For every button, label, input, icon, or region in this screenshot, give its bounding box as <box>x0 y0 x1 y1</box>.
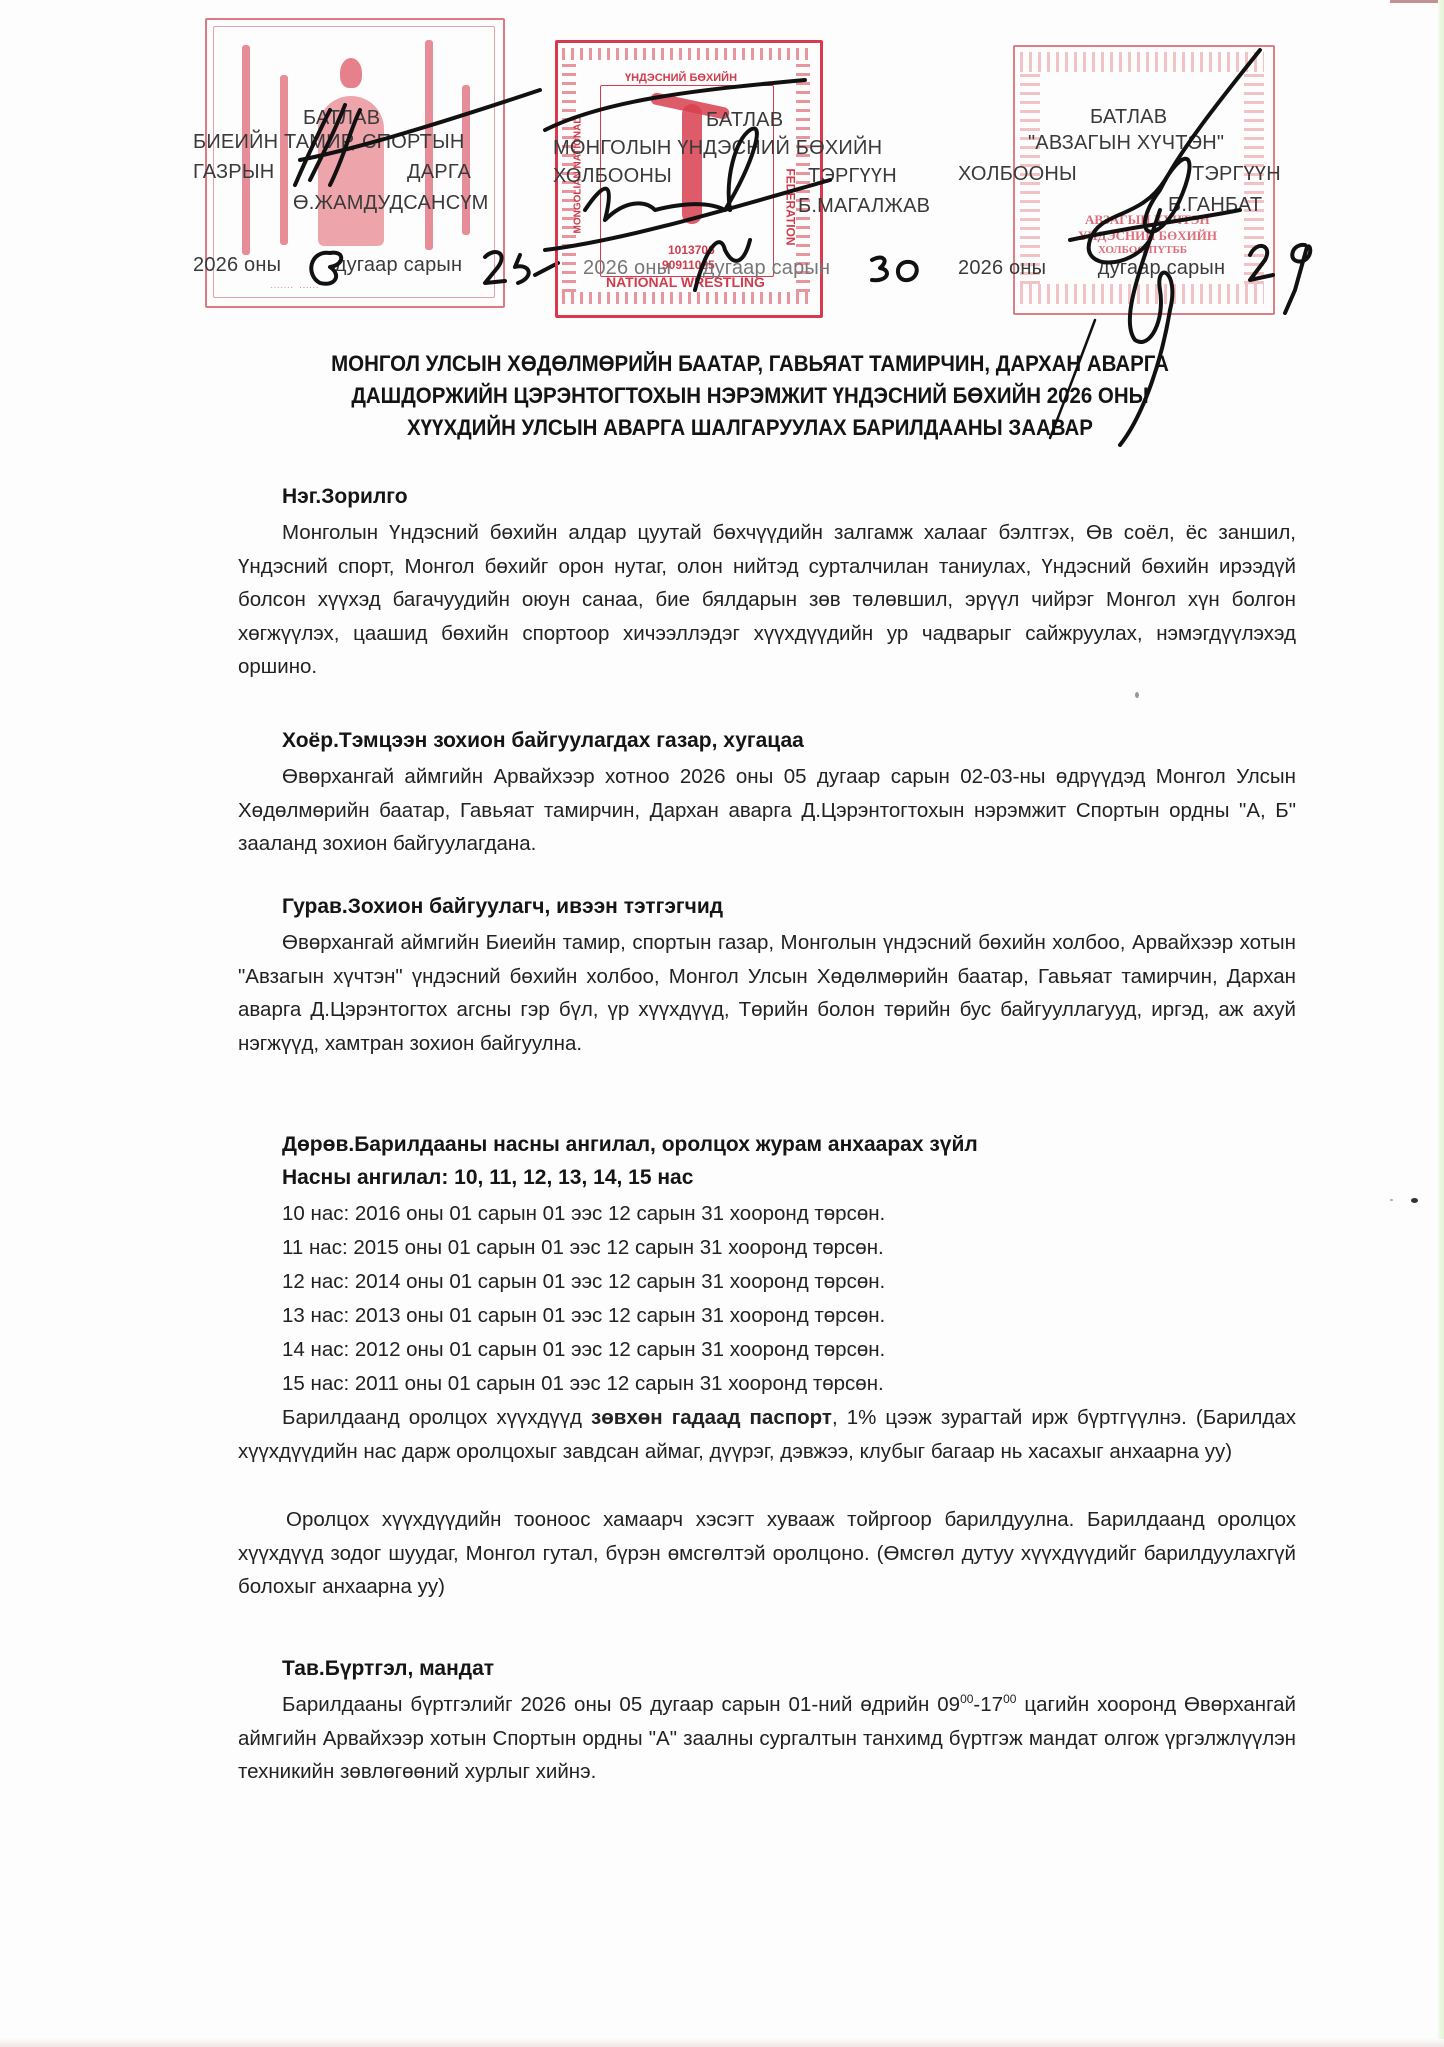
passport-requirement: зөвхөн гадаад паспорт <box>591 1406 832 1429</box>
handwritten-day-30 <box>868 252 928 287</box>
scan-page-edge <box>1438 0 1444 2047</box>
section-2-paragraph: Өвөрхангай аймгийн Арвайхээр хотноо 2026… <box>238 760 1296 861</box>
soyombo-flame-icon <box>340 58 362 88</box>
scan-edge-shadow <box>1390 0 1444 3</box>
signature-1-icon <box>290 90 550 200</box>
title-line-3: ХҮҮХДИЙН УЛСЫН АВАРГА ШАЛГАРУУЛАХ БАРИЛД… <box>239 412 1262 444</box>
document-title: МОНГОЛ УЛСЫН ХӨДӨЛМӨРИЙН БААТАР, ГАВЬЯАТ… <box>239 348 1262 444</box>
age-line-11: 11 нас: 2015 оны 01 сарын 01 ээс 12 сары… <box>282 1231 884 1264</box>
age-line-13: 13 нас: 2013 оны 01 сарын 01 ээс 12 сары… <box>282 1299 885 1332</box>
age-category-subheading: Насны ангилал: 10, 11, 12, 13, 14, 15 на… <box>282 1163 693 1193</box>
scan-speck <box>1135 692 1139 698</box>
greek-key-border-bottom <box>562 292 810 304</box>
scan-bottom-edge <box>0 2039 1444 2047</box>
section-4-heading: Дөрөв.Барилдааны насны ангилал, оролцох … <box>282 1130 978 1160</box>
section-5-heading: Тав.Бүртгэл, мандат <box>282 1654 494 1684</box>
registration-paragraph: Барилдааны бүртгэлийг 2026 оны 05 дугаар… <box>238 1688 1296 1789</box>
scan-speck <box>1390 1199 1393 1201</box>
age-line-14: 14 нас: 2012 оны 01 сарын 01 ээс 12 сары… <box>282 1333 885 1366</box>
section-1-paragraph: Монголын Үндэсний бөхийн алдар цуутай бө… <box>238 516 1296 684</box>
handwritten-month-03 <box>300 245 350 290</box>
signature-3-stroke-over-title <box>1040 320 1100 440</box>
mongol-script-left-2 <box>280 75 288 245</box>
section-3-heading: Гурав.Зохион байгуулагч, ивээн тэтгэгчид <box>282 892 723 922</box>
greek-key-border-top <box>562 48 810 60</box>
section-2-heading: Хоёр.Тэмцээн зохион байгуулагдах газар, … <box>282 726 804 756</box>
handwritten-day-29 <box>1245 235 1320 315</box>
participation-rule-paragraph: Барилдаанд оролцох хүүхдүүд зөвхөн гадаа… <box>238 1401 1296 1468</box>
section-1-heading: Нэг.Зорилго <box>282 482 408 512</box>
uniform-rule-paragraph: Оролцох хүүхдүүдийн тооноос хамаарч хэсэ… <box>238 1503 1296 1604</box>
approver-title-line2-left: ГАЗРЫН <box>193 162 274 182</box>
signature-2-icon <box>545 60 835 290</box>
title-line-1: МОНГОЛ УЛСЫН ХӨДӨЛМӨРИЙН БААТАР, ГАВЬЯАТ… <box>239 348 1262 380</box>
title-line-2: ДАШДОРЖИЙН ЦЭРЭНТОГТОХЫН НЭРЭМЖИТ ҮНДЭСН… <box>239 380 1262 412</box>
section-3-paragraph: Өвөрхангай аймгийн Биеийн тамир, спортын… <box>238 926 1296 1060</box>
scan-speck <box>1411 1198 1418 1203</box>
age-line-10: 10 нас: 2016 оны 01 сарын 01 ээс 12 сары… <box>282 1197 885 1230</box>
age-line-12: 12 нас: 2014 оны 01 сарын 01 ээс 12 сары… <box>282 1265 885 1298</box>
age-line-15: 15 нас: 2011 оны 01 сарын 01 ээс 12 сары… <box>282 1367 884 1400</box>
